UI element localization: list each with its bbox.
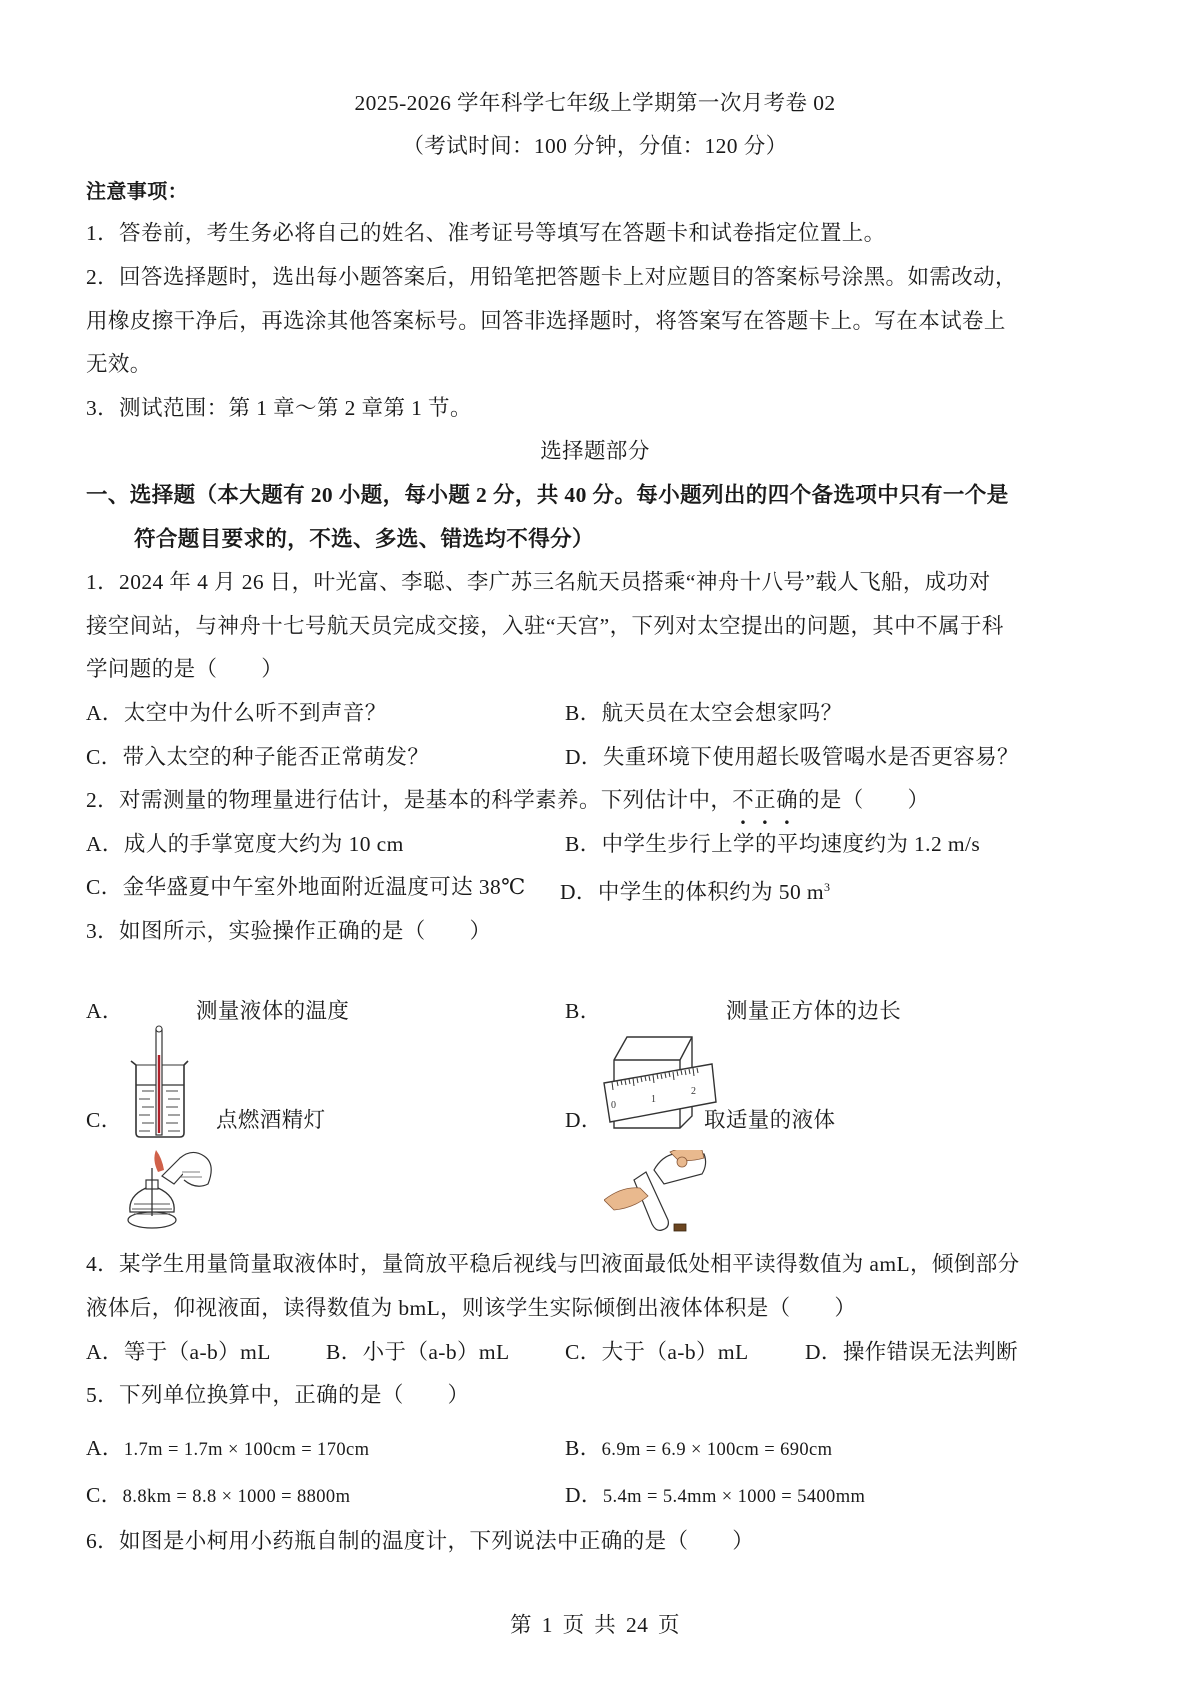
section-heading: 一、选择题（本大题有 20 小题，每小题 2 分，共 40 分。每小题列出的四个… (86, 480, 1110, 510)
exam-title: 2025-2026 学年科学七年级上学期第一次月考卷 02 (0, 88, 1190, 118)
q1-option-a: A．太空中为什么听不到声音？ (86, 698, 387, 728)
q5-option-a: A．1.7m = 1.7m × 100cm = 170cm (86, 1433, 369, 1465)
ruler-tick-2: 2 (691, 1086, 696, 1097)
q2-option-d-text: D．中学生的体积约为 50 m (560, 880, 824, 904)
q3-option-d-caption: 取适量的液体 (704, 1105, 835, 1135)
q3-option-d-letter: D． (565, 1105, 603, 1135)
thermometer-beaker-figure (128, 1025, 194, 1140)
ruler-tick-1: 1 (651, 1094, 656, 1105)
q5-option-d: D．5.4m = 5.4mm × 1000 = 5400mm (565, 1480, 865, 1512)
alcohol-lamp-figure (122, 1150, 217, 1235)
q5-option-b-expr: 6.9m = 6.9 × 100cm = 690cm (602, 1440, 833, 1460)
q2-option-b: B．中学生步行上学的平均速度约为 1.2 m/s (565, 829, 980, 859)
q3-option-a-caption: 测量液体的温度 (196, 996, 349, 1026)
q5-option-d-letter: D． (565, 1483, 603, 1507)
q4-option-a: A．等于（a-b）mL (86, 1337, 271, 1367)
notice-item-2: 2．回答选择题时，选出每小题答案后，用铅笔把答题卡上对应题目的答案标号涂黑。如需… (86, 262, 1110, 292)
q3-option-c-letter: C． (86, 1105, 123, 1135)
q2-stem: 2．对需测量的物理量进行估计，是基本的科学素养。下列估计中，不正确的是（ ） (86, 785, 1110, 815)
q2-option-c: C．金华盛夏中午室外地面附近温度可达 38℃ (86, 872, 526, 902)
q2-option-a: A．成人的手掌宽度大约为 10 cm (86, 829, 404, 859)
q2-emphasis-char: 正 (754, 788, 776, 812)
q5-option-c-letter: C． (86, 1483, 123, 1507)
q1-option-d: D．失重环境下使用超长吸管喝水是否更容易？ (565, 742, 1019, 772)
exam-subtitle: （考试时间：100 分钟，分值：120 分） (0, 131, 1190, 161)
q3-option-b-caption: 测量正方体的边长 (726, 996, 901, 1026)
q5-option-c: C．8.8km = 8.8 × 1000 = 8800m (86, 1480, 350, 1512)
notice-item-2-cont2: 无效。 (86, 349, 1110, 379)
notice-heading: 注意事项： (86, 176, 1110, 206)
q3-option-b-letter: B． (565, 996, 602, 1026)
page-number: 第 1 页 共 24 页 (0, 1610, 1190, 1640)
q4-option-d: D．操作错误无法判断 (805, 1337, 1018, 1367)
q3-stem: 3．如图所示，实验操作正确的是（ ） (86, 916, 1110, 946)
q5-option-a-letter: A． (86, 1436, 124, 1460)
q3-option-a-letter: A． (86, 996, 124, 1026)
notice-item-3: 3．测试范围：第 1 章～第 2 章第 1 节。 (86, 393, 1110, 423)
notice-item-2-cont: 用橡皮擦干净后，再选涂其他答案标号。回答非选择题时，将答案写在答题卡上。写在本试… (86, 306, 1110, 336)
q1-option-c: C．带入太空的种子能否正常萌发？ (86, 742, 429, 772)
q5-option-a-expr: 1.7m = 1.7m × 100cm = 170cm (124, 1440, 370, 1460)
q2-stem-prefix: 2．对需测量的物理量进行估计，是基本的科学素养。下列估计中， (86, 788, 732, 812)
section-heading-cont: 符合题目要求的，不选、多选、错选均不得分） (134, 524, 1110, 554)
q4-option-b: B．小于（a-b）mL (326, 1337, 510, 1367)
q2-stem-suffix: 的是（ ） (798, 788, 929, 812)
q3-option-c-caption: 点燃酒精灯 (216, 1105, 326, 1135)
q4-option-c: C．大于（a-b）mL (565, 1337, 749, 1367)
q5-option-c-expr: 8.8km = 8.8 × 1000 = 8800m (123, 1487, 351, 1507)
q6-stem: 6．如图是小柯用小药瓶自制的温度计，下列说法中正确的是（ ） (86, 1526, 1110, 1556)
notice-item-1: 1．答卷前，考生务必将自己的姓名、准考证号等填写在答题卡和试卷指定位置上。 (86, 218, 1110, 248)
q1-stem-line1: 1．2024 年 4 月 26 日，叶光富、李聪、李广苏三名航天员搭乘“神舟十八… (86, 567, 1110, 597)
q5-option-d-expr: 5.4m = 5.4mm × 1000 = 5400mm (603, 1487, 865, 1507)
q4-stem-line1: 4．某学生用量筒量取液体时，量筒放平稳后视线与凹液面最低处相平读得数值为 amL… (86, 1249, 1110, 1279)
q5-stem: 5．下列单位换算中，正确的是（ ） (86, 1380, 1110, 1410)
q2-emphasis-char: 不 (732, 788, 754, 812)
pouring-liquid-figure (604, 1150, 709, 1238)
q5-option-b: B．6.9m = 6.9 × 100cm = 690cm (565, 1433, 832, 1465)
q1-stem-line2: 接空间站，与神舟十七号航天员完成交接，入驻“天宫”，下列对太空提出的问题，其中不… (86, 611, 1110, 641)
ruler-tick-0: 0 (611, 1100, 616, 1111)
q5-option-b-letter: B． (565, 1436, 602, 1460)
q1-stem-line3: 学问题的是（ ） (86, 654, 1110, 684)
q1-option-b: B．航天员在太空会想家吗？ (565, 698, 843, 728)
q2-emphasis-char: 确 (776, 788, 798, 812)
q4-stem-line2: 液体后，仰视液面，读得数值为 bmL，则该学生实际倾倒出液体体积是（ ） (86, 1293, 1110, 1323)
section-label: 选择题部分 (0, 436, 1190, 466)
superscript: 3 (824, 880, 830, 894)
q2-option-d: D．中学生的体积约为 50 m3 (560, 872, 830, 907)
